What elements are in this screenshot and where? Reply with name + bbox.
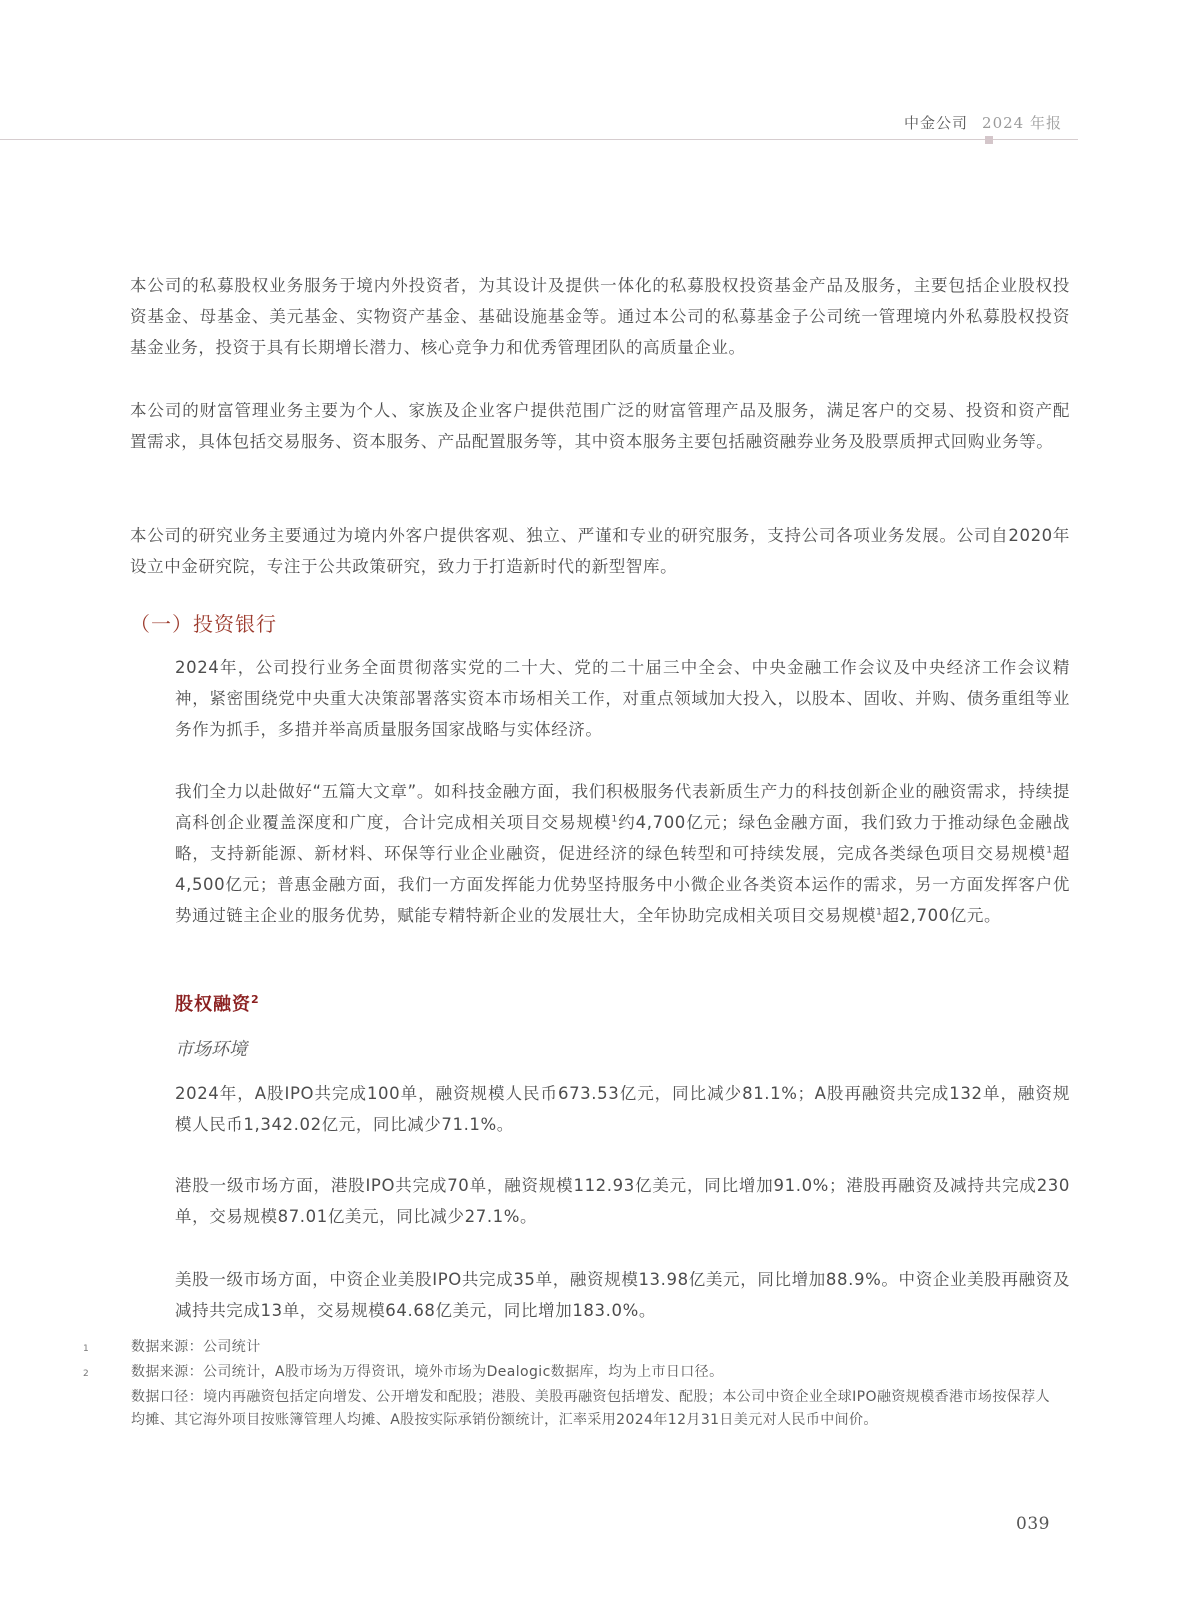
ib-paragraph-five-articles: 我们全力以赴做好“五篇大文章”。如科技金融方面，我们积极服务代表新质生产力的科技… [175,776,1070,931]
footnote-item: 1 数据来源：公司统计 [80,1336,1050,1361]
footnote-item: 2 数据来源：公司统计，A股市场为万得资讯，境外市场为Dealogic数据库，均… [80,1361,1050,1386]
footnote-text: 数据口径：境内再融资包括定向增发、公开增发和配股；港股、美股再融资包括增发、配股… [131,1386,1050,1432]
ib-paragraph-overview: 2024年，公司投行业务全面贯彻落实党的二十大、党的二十届三中全会、中央金融工作… [175,652,1070,745]
footnote-number: 1 [80,1336,131,1361]
intro-paragraph-research: 本公司的研究业务主要通过为境内外客户提供客观、独立、严谨和专业的研究服务，支持公… [130,520,1070,582]
footnotes: 1 数据来源：公司统计 2 数据来源：公司统计，A股市场为万得资讯，境外市场为D… [80,1336,1050,1432]
subheading-market-environment: 市场环境 [175,1035,247,1061]
section-heading-investment-banking: （一）投资银行 [130,608,277,637]
header-text: 中金公司2024 年报 [904,112,1062,133]
header-divider [0,139,1078,140]
equity-paragraph-us-share: 美股一级市场方面，中资企业美股IPO共完成35单，融资规模13.98亿美元，同比… [175,1264,1070,1326]
footnote-number [80,1386,131,1432]
equity-paragraph-a-share: 2024年，A股IPO共完成100单，融资规模人民币673.53亿元，同比减少8… [175,1078,1070,1140]
footnote-item: 数据口径：境内再融资包括定向增发、公开增发和配股；港股、美股再融资包括增发、配股… [80,1386,1050,1432]
footnote-ref-2[interactable]: 2 [251,993,260,1006]
intro-paragraph-private-equity: 本公司的私募股权业务服务于境内外投资者，为其设计及提供一体化的私募股权投资基金产… [130,270,1070,363]
ib-text-part-d: 超2,700亿元。 [882,906,1001,925]
page-header: 中金公司2024 年报 [0,108,1078,148]
intro-paragraph-wealth-management: 本公司的财富管理业务主要为个人、家族及企业客户提供范围广泛的财富管理产品及服务，… [130,395,1070,457]
header-company-name: 中金公司 [904,114,968,132]
equity-heading-text: 股权融资 [175,994,251,1015]
header-report-title: 2024 年报 [982,114,1062,132]
equity-paragraph-hk-share: 港股一级市场方面，港股IPO共完成70单，融资规模112.93亿美元，同比增加9… [175,1170,1070,1232]
footnote-text: 数据来源：公司统计 [131,1336,1050,1361]
subheading-equity-financing: 股权融资2 [175,990,260,1016]
footnote-number: 2 [80,1361,131,1386]
page-number: 039 [1016,1514,1050,1534]
footnote-text: 数据来源：公司统计，A股市场为万得资讯，境外市场为Dealogic数据库，均为上… [131,1361,1050,1386]
header-marker-square [985,136,993,144]
